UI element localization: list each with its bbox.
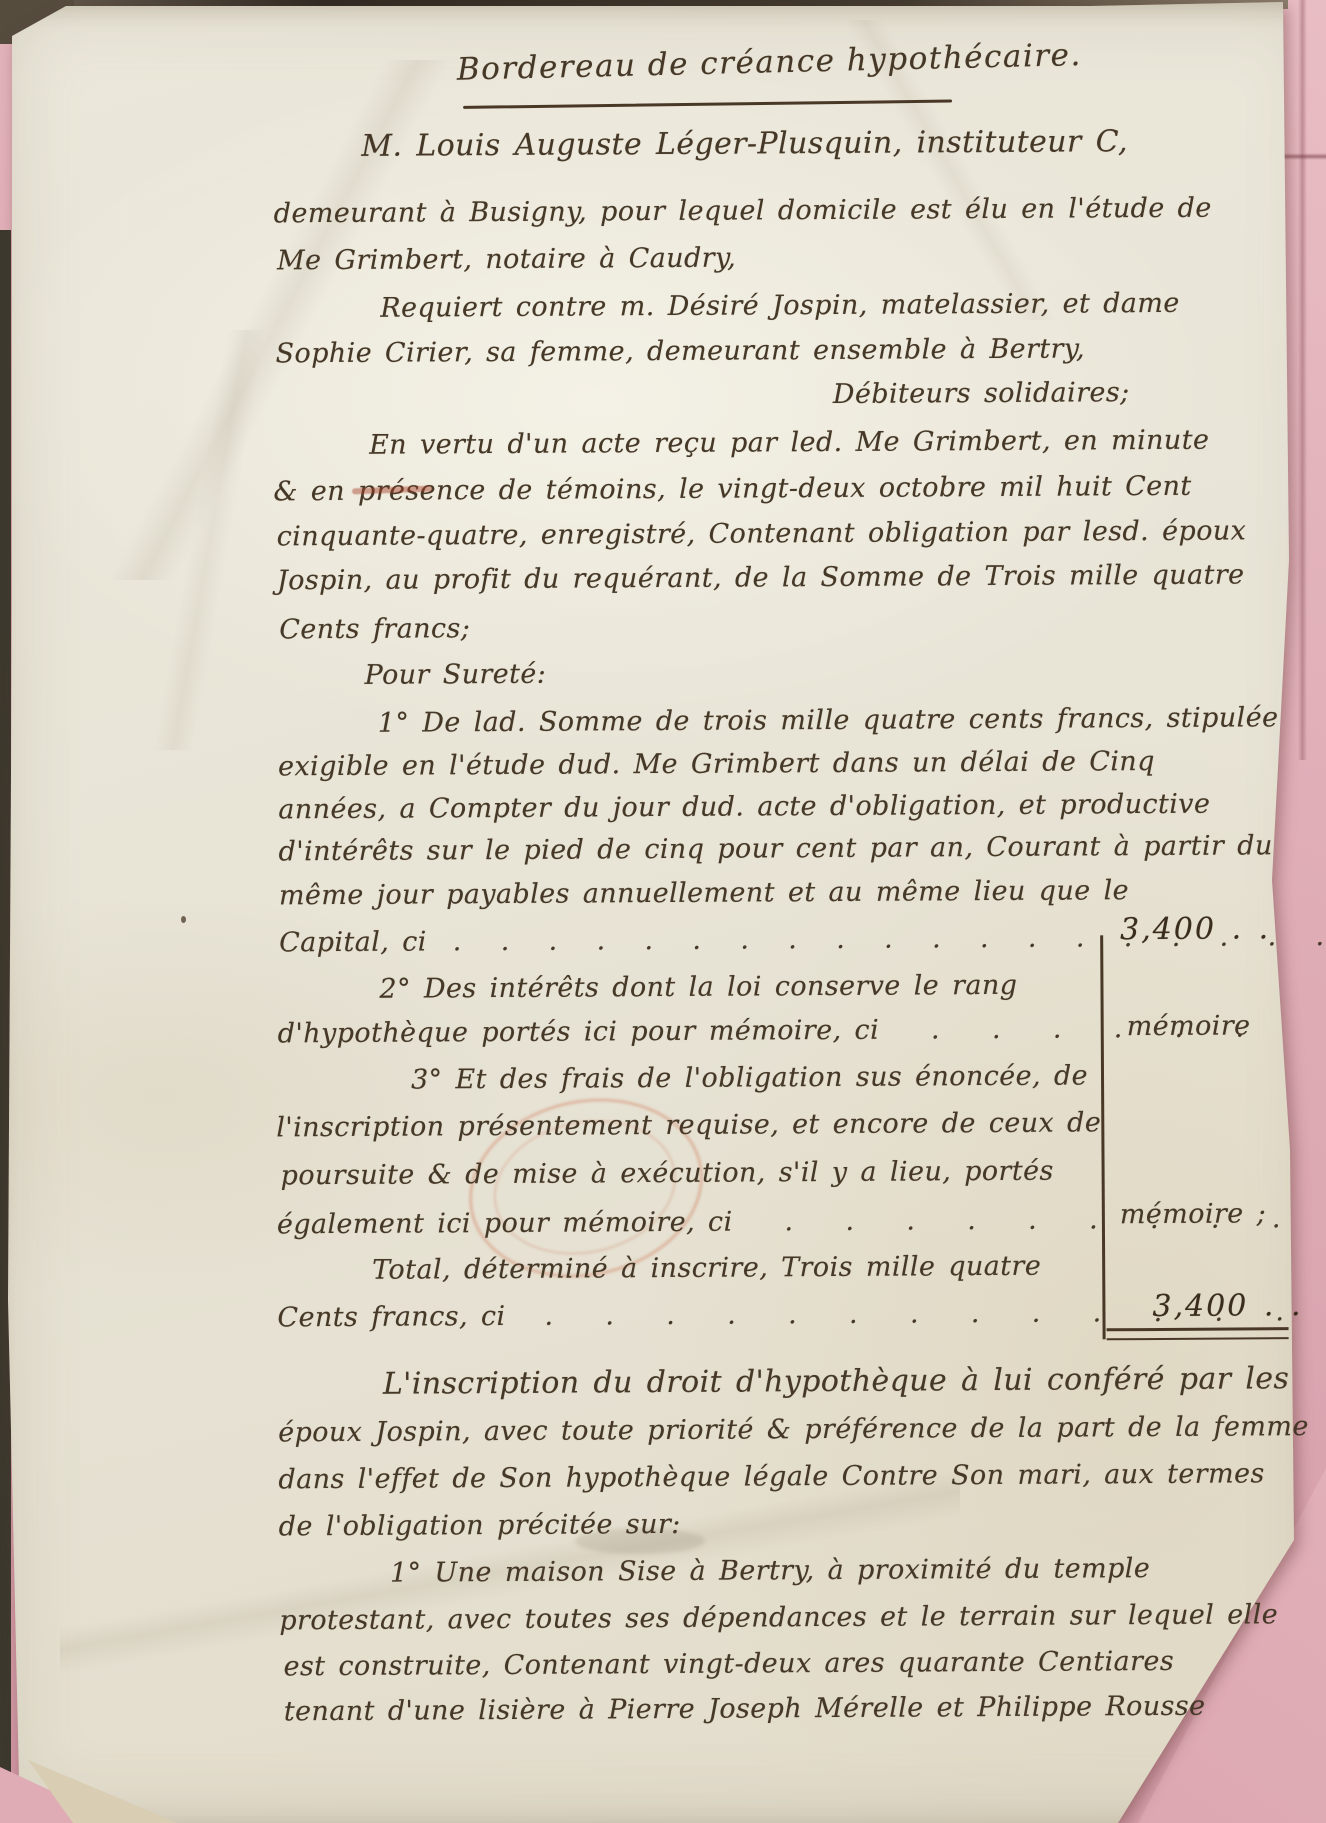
- ledger-vertical-rule: [1100, 935, 1105, 1339]
- title-underline: [463, 100, 952, 109]
- manuscript-line: tenant d'une lisière à Pierre Joseph Mér…: [284, 1691, 1206, 1728]
- manuscript-line: Cents francs;: [279, 613, 470, 645]
- manuscript-line: 2° Des intérêts dont la loi conserve le …: [379, 970, 1017, 1005]
- manuscript-line: Sophie Cirier, sa femme, demeurant ensem…: [275, 333, 1085, 369]
- manuscript-line: L'inscription du droit d'hypothèque à lu…: [383, 1362, 1290, 1402]
- manuscript-line: l'inscription présentement requise, et e…: [276, 1107, 1101, 1143]
- manuscript-line: poursuite & de mise à exécution, s'il y …: [281, 1156, 1054, 1192]
- manuscript-line: Total, déterminé à inscrire, Trois mille…: [372, 1251, 1041, 1286]
- manuscript-line: époux Jospin, avec toute priorité & préf…: [278, 1411, 1309, 1448]
- manuscript-line: est construite, Contenant vingt-deux are…: [284, 1646, 1175, 1682]
- scanned-manuscript-page: { "page": { "colors": { "backing_pink": …: [0, 0, 1326, 1823]
- manuscript-line: Requiert contre m. Désiré Jospin, matela…: [380, 288, 1180, 324]
- ledger-amount-capital: 3,400 . .: [1120, 912, 1270, 947]
- manuscript-line: Me Grimbert, notaire à Caudry,: [277, 243, 736, 277]
- manuscript-line: d'intérêts sur le pied de cinq pour cent…: [279, 830, 1273, 867]
- manuscript-line: 3° Et des frais de l'obligation sus énon…: [411, 1060, 1088, 1095]
- manuscript-line: exigible en l'étude dud. Me Grimbert dan…: [278, 746, 1155, 782]
- manuscript-line: années, a Compter du jour dud. acte d'ob…: [278, 789, 1210, 826]
- manuscript-line: demeurant à Busigny, pour lequel domicil…: [274, 193, 1212, 230]
- manuscript-line: protestant, avec toutes ses dépendances …: [279, 1599, 1278, 1636]
- manuscript-line: Pour Sureté:: [364, 659, 546, 691]
- manuscript-line: dans l'effet de Son hypothèque légale Co…: [278, 1458, 1264, 1495]
- ledger-total-double-rule: [1107, 1327, 1289, 1340]
- ledger-amount-memo: mémoire: [1127, 1010, 1251, 1042]
- manuscript-line: d'hypothèque portés ici pour mémoire, ci…: [278, 1012, 1245, 1049]
- ledger-amount-total: 3,400 . .: [1152, 1289, 1302, 1324]
- manuscript-line: Débiteurs solidaires;: [833, 377, 1130, 410]
- ledger-amount-memo: mémoire ;: [1120, 1198, 1266, 1230]
- manuscript-line: En vertu d'un acte reçu par led. Me Grim…: [369, 425, 1209, 461]
- manuscript-line: M. Louis Auguste Léger-Plusquin, institu…: [361, 125, 1128, 164]
- manuscript-line: même jour payables annuellement et au mê…: [279, 875, 1129, 911]
- manuscript-text-layer: Bordereau de créance hypothécaire. M. Lo…: [0, 0, 1326, 1823]
- document-title: Bordereau de créance hypothécaire.: [456, 37, 1082, 88]
- manuscript-line: Jospin, au profit du requérant, de la So…: [277, 559, 1245, 596]
- manuscript-line: 1° Une maison Sise à Bertry, à proximité…: [390, 1553, 1150, 1589]
- manuscript-line: de l'obligation précitée sur:: [279, 1509, 681, 1543]
- manuscript-line: cinquante-quatre, enregistré, Contenant …: [277, 515, 1247, 552]
- manuscript-line: 1° De lad. Somme de trois mille quatre c…: [378, 702, 1279, 739]
